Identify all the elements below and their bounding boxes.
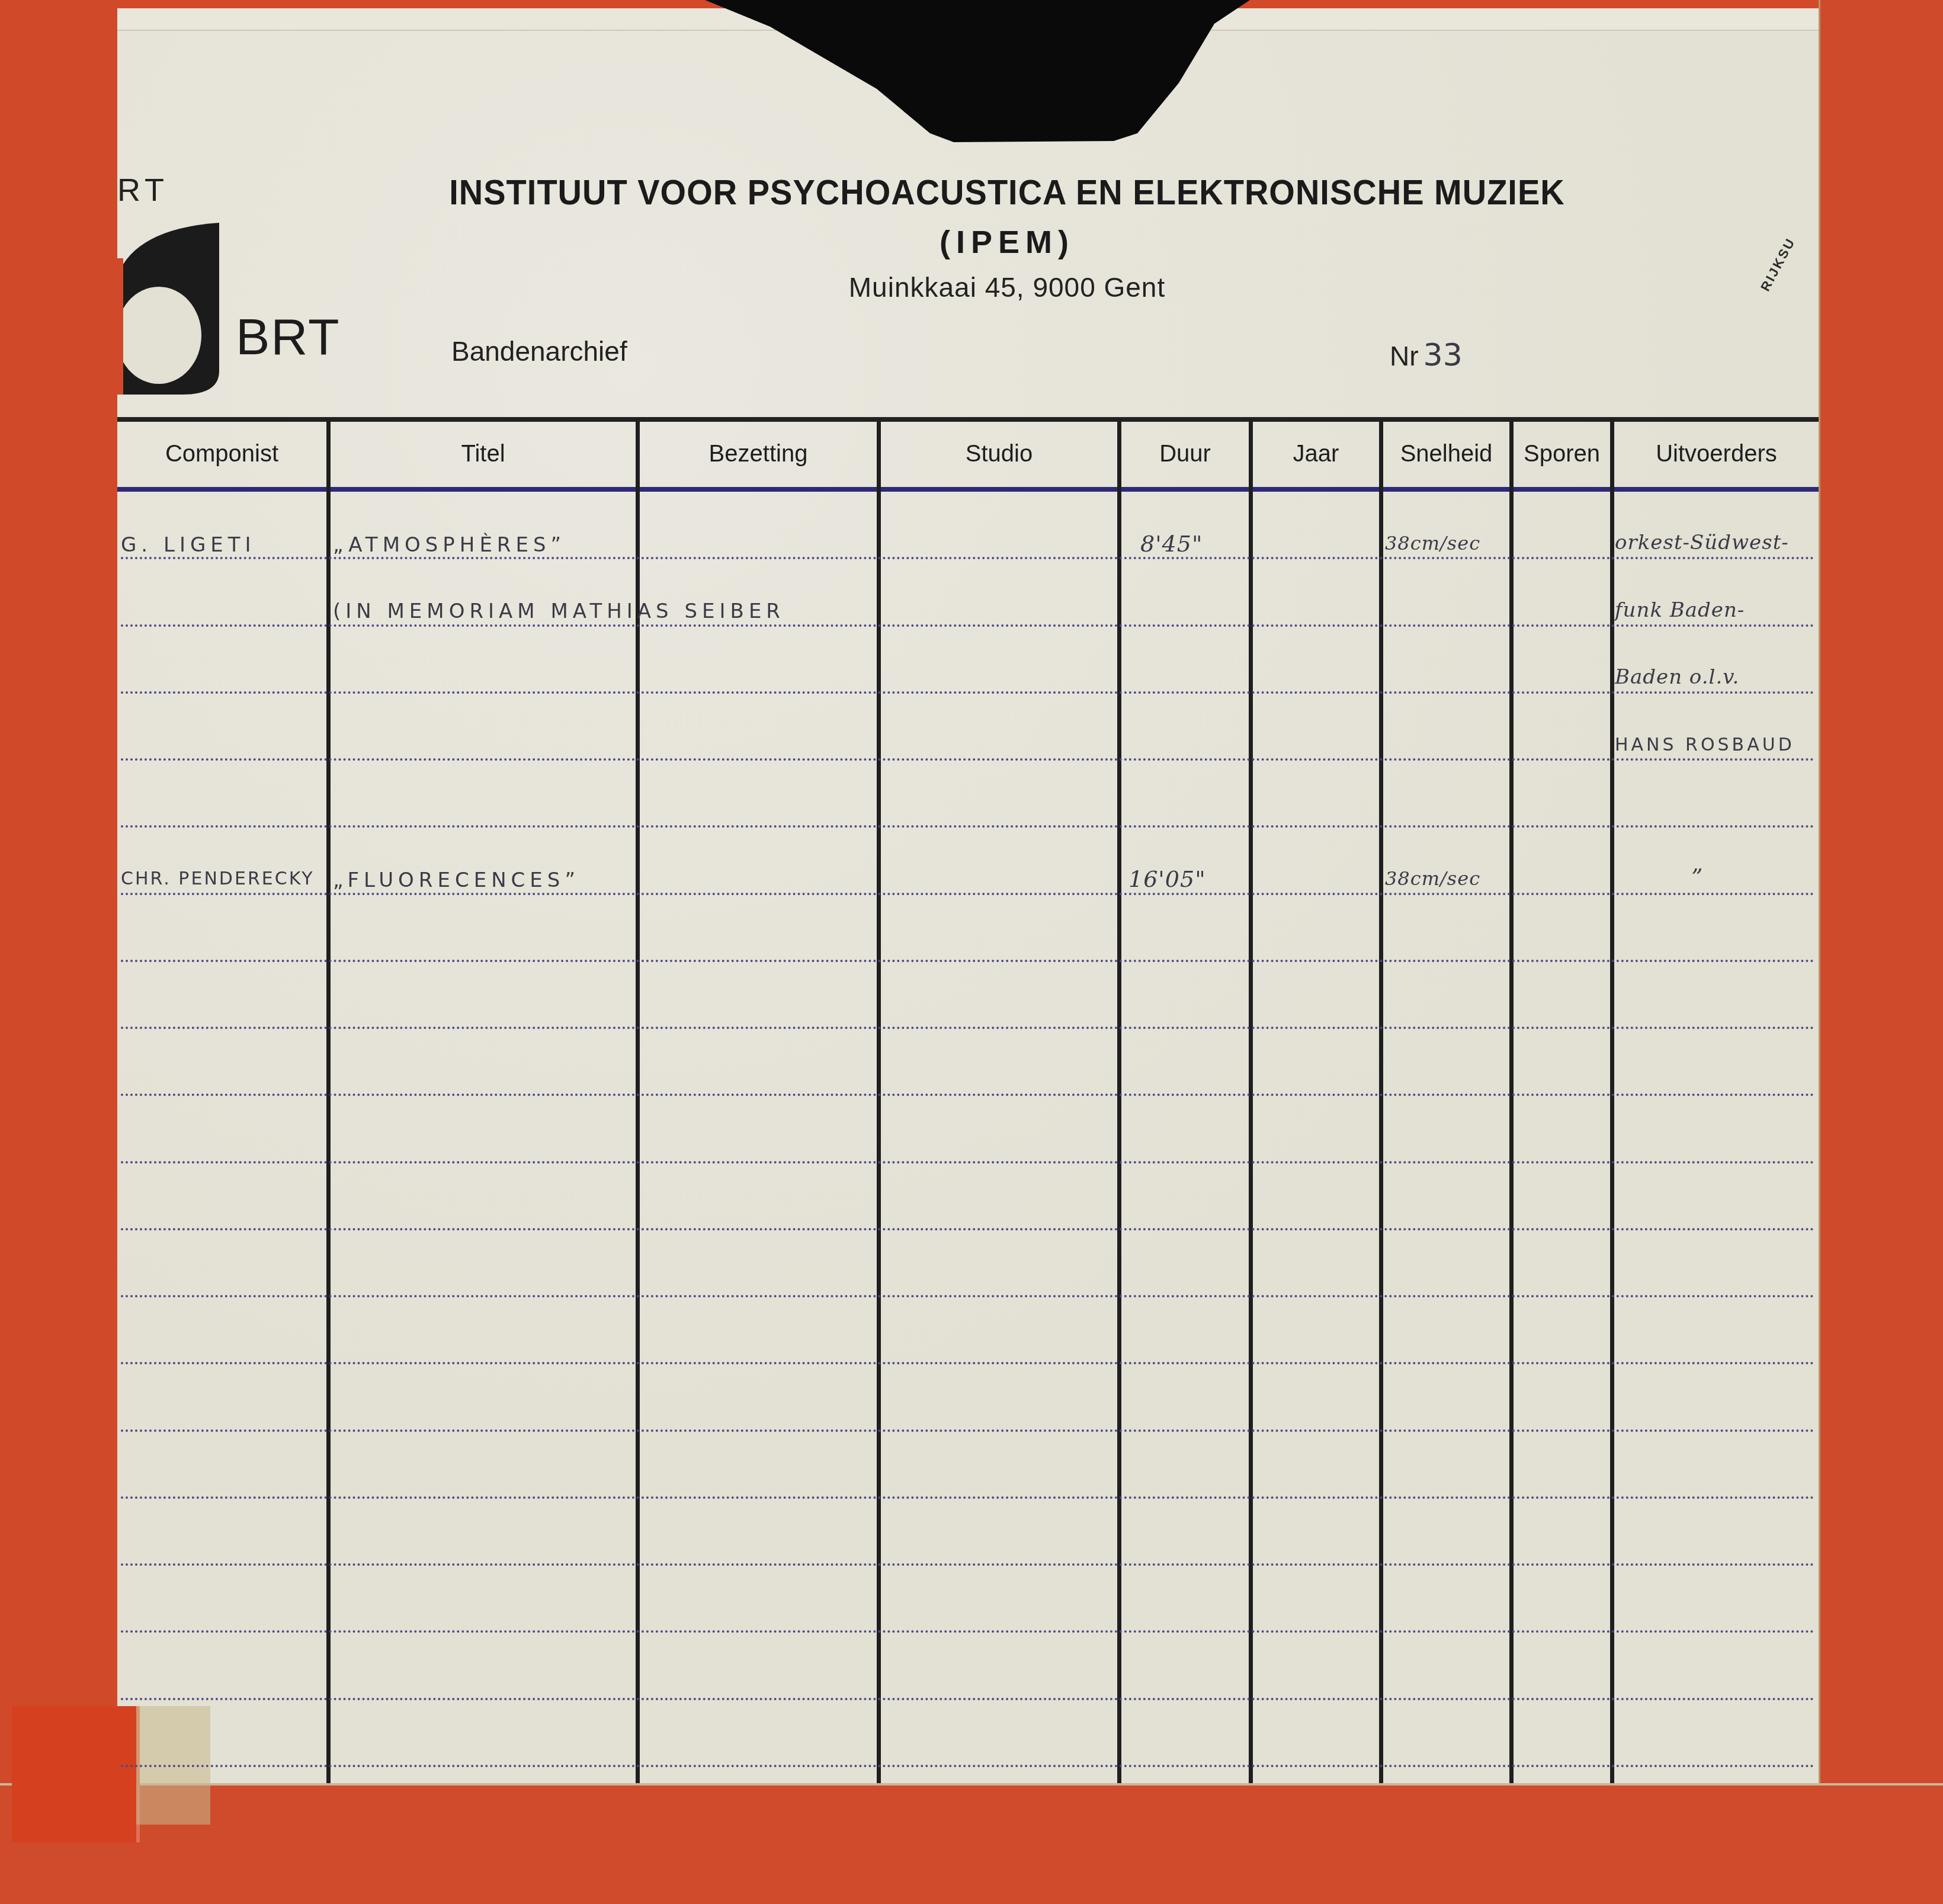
entry-composer: CHR. PENDERECKY — [121, 868, 315, 889]
brt-logo-text: BRT — [236, 308, 340, 367]
left-tape-binding — [0, 0, 117, 1904]
ruled-line — [121, 1228, 1815, 1230]
brt-logo-icon — [117, 223, 219, 395]
number-value: 33 — [1423, 338, 1463, 373]
column-header-bezetting: Bezetting — [640, 436, 877, 472]
column-header-titel: Titel — [331, 436, 636, 472]
institute-abbreviation: (IPEM) — [427, 224, 1588, 261]
thumb-notch — [705, 0, 1250, 142]
ruled-line — [121, 1161, 1815, 1163]
ruled-line — [121, 758, 1815, 761]
ruled-line — [121, 557, 1815, 559]
entry-performer-line: Baden o.l.v. — [1615, 665, 1739, 689]
entry-duration: 8'45" — [1140, 531, 1203, 557]
repair-tape-patch — [12, 1706, 140, 1842]
ruled-line — [121, 1630, 1815, 1633]
ruled-line — [121, 1765, 1815, 1767]
ruled-line — [121, 1295, 1815, 1297]
entry-duration: 16'05" — [1128, 866, 1206, 892]
column-header-sporen: Sporen — [1514, 436, 1610, 472]
ruled-line — [121, 1429, 1815, 1432]
ruled-line — [121, 1563, 1815, 1566]
entry-performer-ditto: ” — [1691, 864, 1703, 890]
ruled-line — [121, 960, 1815, 962]
entry-speed: 38cm/sec — [1385, 867, 1480, 890]
ruled-line — [121, 1698, 1815, 1700]
ruled-line — [121, 1496, 1815, 1499]
column-header-componist: Componist — [117, 436, 326, 472]
column-header-jaar: Jaar — [1253, 436, 1379, 472]
ruled-line — [121, 893, 1815, 895]
bottom-tape-binding — [0, 1783, 1943, 1904]
column-header-uitvoerders: Uitvoerders — [1614, 436, 1819, 472]
archive-number: Nr33 — [1390, 338, 1463, 373]
entry-subtitle: (IN MEMORIAM MATHIAS SEIBER — [333, 600, 785, 623]
column-header-studio: Studio — [881, 436, 1117, 472]
entry-composer: G. LIGETI — [121, 533, 256, 557]
entry-speed: 38cm/sec — [1385, 532, 1480, 554]
ruled-line — [121, 825, 1815, 828]
column-header-duur: Duur — [1121, 436, 1249, 472]
partial-brt-logo-text: RT — [117, 172, 169, 209]
ruled-line — [121, 691, 1815, 694]
ruled-line — [121, 1362, 1815, 1364]
ruled-line — [121, 624, 1815, 627]
institute-address: Muinkkaai 45, 9000 Gent — [427, 271, 1588, 303]
table-top-rule — [117, 417, 1819, 422]
entry-performer-line: orkest-Südwest- — [1615, 531, 1789, 554]
entry-performer-line: funk Baden- — [1615, 598, 1745, 622]
right-tape-binding — [1819, 0, 1943, 1904]
institute-name: INSTITUUT VOOR PSYCHOACUSTICA EN ELEKTRO… — [427, 172, 1588, 213]
entry-title: „ATMOSPHÈRES” — [333, 533, 566, 557]
ruled-line — [121, 1027, 1815, 1029]
archive-label: Bandenarchief — [451, 335, 627, 367]
entry-title: „FLUORECENCES” — [333, 868, 580, 892]
ruled-line — [121, 1094, 1815, 1096]
table-header-rule — [117, 487, 1819, 492]
entry-performer-line: HANS ROSBAUD — [1615, 735, 1795, 755]
number-label: Nr — [1390, 341, 1419, 371]
column-header-snelheid: Snelheid — [1383, 436, 1509, 472]
